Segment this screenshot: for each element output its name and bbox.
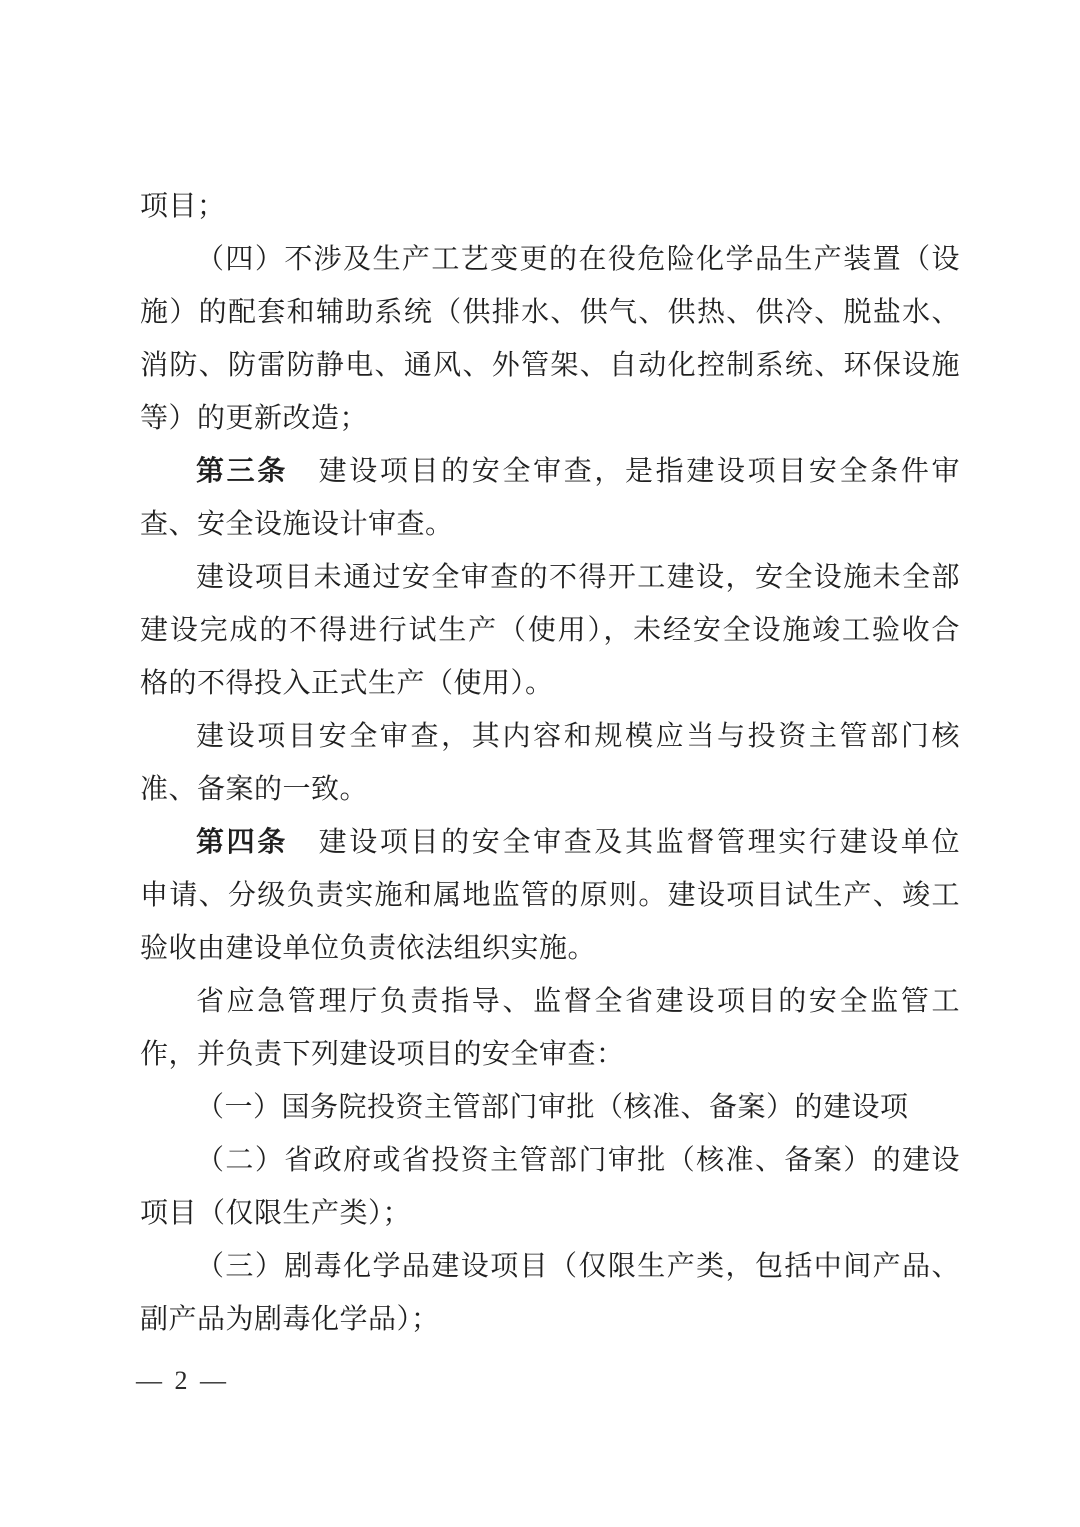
text-segment: 建设项目未通过安全审查的不得开工建设，安全设施未全部 [196,562,960,593]
text-segment: 施）的配套和辅助系统（供排水、供气、供热、供冷、脱盐水、 [140,297,960,328]
text-line: 作，并负责下列建设项目的安全审查： [140,1028,960,1081]
text-line: 第四条 建设项目的安全审查及其监督管理实行建设单位 [140,816,960,869]
text-segment: （二）省政府或省投资主管部门审批（核准、备案）的建设 [196,1145,960,1176]
text-line: （四）不涉及生产工艺变更的在役危险化学品生产装置（设 [140,233,960,286]
text-line: 项目（仅限生产类）； [140,1187,960,1240]
article-number: 第三条 [196,456,288,487]
text-segment: 建设项目安全审查，其内容和规模应当与投资主管部门核 [196,721,960,752]
text-line: 格的不得投入正式生产（使用）。 [140,657,960,710]
document-body: 项目；（四）不涉及生产工艺变更的在役危险化学品生产装置（设施）的配套和辅助系统（… [140,180,960,1346]
text-line: 查、安全设施设计审查。 [140,498,960,551]
text-line: 副产品为剧毒化学品）； [140,1293,960,1346]
text-segment: 建设项目的安全审查，是指建设项目安全条件审 [288,456,960,487]
text-segment: （三）剧毒化学品建设项目（仅限生产类，包括中间产品、 [196,1251,960,1282]
text-segment: 项目（仅限生产类）； [140,1198,411,1229]
text-line: 施）的配套和辅助系统（供排水、供气、供热、供冷、脱盐水、 [140,286,960,339]
text-segment: （一）国务院投资主管部门审批（核准、备案）的建设项目； [140,1092,909,1134]
text-segment: 副产品为剧毒化学品）； [140,1304,440,1335]
text-segment: 等）的更新改造； [140,403,368,434]
text-line: （一）国务院投资主管部门审批（核准、备案）的建设项目； [140,1081,960,1134]
page-number: — 2 — [136,1365,229,1397]
text-segment: 建设完成的不得进行试生产（使用），未经安全设施竣工验收合 [140,615,960,646]
text-segment: 申请、分级负责实施和属地监管的原则。建设项目试生产、竣工 [140,880,960,911]
text-line: （二）省政府或省投资主管部门审批（核准、备案）的建设 [140,1134,960,1187]
text-segment: 验收由建设单位负责依法组织实施。 [140,933,596,964]
text-line: 申请、分级负责实施和属地监管的原则。建设项目试生产、竣工 [140,869,960,922]
text-line: 项目； [140,180,960,233]
text-line: 验收由建设单位负责依法组织实施。 [140,922,960,975]
text-line: 第三条 建设项目的安全审查，是指建设项目安全条件审 [140,445,960,498]
text-segment: 准、备案的一致。 [140,774,368,805]
text-segment: （四）不涉及生产工艺变更的在役危险化学品生产装置（设 [196,244,960,275]
text-line: 等）的更新改造； [140,392,960,445]
text-line: 省应急管理厅负责指导、监督全省建设项目的安全监管工 [140,975,960,1028]
article-number: 第四条 [196,827,288,858]
text-segment: 项目； [140,191,226,222]
text-line: 消防、防雷防静电、通风、外管架、自动化控制系统、环保设施 [140,339,960,392]
text-line: 建设项目安全审查，其内容和规模应当与投资主管部门核 [140,710,960,763]
text-line: 准、备案的一致。 [140,763,960,816]
text-segment: 格的不得投入正式生产（使用）。 [140,668,554,699]
document-page: 项目；（四）不涉及生产工艺变更的在役危险化学品生产装置（设施）的配套和辅助系统（… [0,0,1080,1527]
text-segment: 消防、防雷防静电、通风、外管架、自动化控制系统、环保设施 [140,350,960,381]
text-segment: 省应急管理厅负责指导、监督全省建设项目的安全监管工 [196,986,960,1017]
text-line: （三）剧毒化学品建设项目（仅限生产类，包括中间产品、 [140,1240,960,1293]
text-segment: 建设项目的安全审查及其监督管理实行建设单位 [288,827,960,858]
text-segment: 作，并负责下列建设项目的安全审查： [140,1039,625,1070]
text-line: 建设项目未通过安全审查的不得开工建设，安全设施未全部 [140,551,960,604]
text-segment: 查、安全设施设计审查。 [140,509,454,540]
text-line: 建设完成的不得进行试生产（使用），未经安全设施竣工验收合 [140,604,960,657]
